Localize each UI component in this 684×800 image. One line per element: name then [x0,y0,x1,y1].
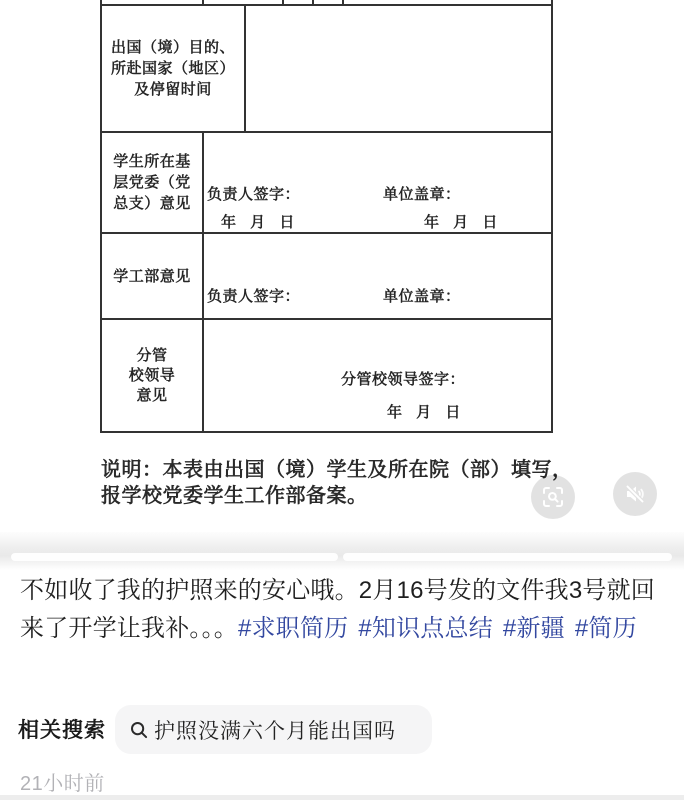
visual-search-icon [541,485,565,509]
cell-student-affairs-text: 学工部意见 [113,266,191,287]
related-search-query: 护照没满六个月能出国吗 [154,715,396,745]
label-responsible-sign-1: 负责人签字： [207,183,300,204]
table-border-bottom [100,431,553,433]
media-progress-strip [0,532,684,570]
caption-hashtags: #求职简历#知识点总结#新疆#简历 [238,615,647,642]
label-unit-seal-1: 单位盖章： [383,183,461,204]
cell-purpose-header: 出国（境）目的、所赴国家（地区）及停留时间 [102,6,244,131]
table-divider-row1 [244,4,246,133]
label-date-1: 年 月 日 [221,211,295,232]
label-leader-sign: 分管校领导签字： [341,368,465,389]
post-caption: 不如收了我的护照来的安心哦。2月16号发的文件我3号就回来了开学让我补。。。#求… [20,572,668,648]
cell-school-leader-line1: 分管 [136,346,167,366]
post-timestamp: 21小时前 [20,767,105,796]
search-icon [129,720,149,740]
hashtag-link[interactable]: #新疆 [503,615,565,642]
post-media-document-photo[interactable]: 出国（境）目的、所赴国家（地区）及停留时间 学生所在基层党委（党总支）意见 负责… [0,0,684,532]
hashtag-link[interactable]: #知识点总结 [358,615,493,642]
cell-school-leader-line2: 校领导 [129,366,176,386]
progress-segment-2 [343,553,672,561]
hashtag-link[interactable]: #简历 [575,615,637,642]
mute-button[interactable] [613,472,657,516]
cell-school-leader-line3: 意见 [136,386,167,406]
cell-party-committee-header: 学生所在基层党委（党总支）意见 [102,133,202,232]
related-search-pill[interactable]: 护照没满六个月能出国吗 [115,705,432,754]
table-divider-rows [202,131,204,433]
post-detail-page: 出国（境）目的、所赴国家（地区）及停留时间 学生所在基层党委（党总支）意见 负责… [0,0,684,800]
document-note: 说明：本表由出国（境）学生及所在院（部）填写，报学校党委学生工作部备案。 [101,457,579,509]
mute-icon [623,482,647,506]
related-search-label: 相关搜索 [18,714,106,744]
cell-school-leader-header: 分管 校领导 意见 [102,320,202,431]
label-unit-seal-2: 单位盖章： [383,285,461,306]
label-date-2: 年 月 日 [424,211,498,232]
label-responsible-sign-2: 负责人签字： [207,285,300,306]
visual-search-button[interactable] [531,475,575,519]
hashtag-link[interactable]: #求职简历 [238,615,348,642]
section-divider [0,795,684,800]
cell-party-committee-text: 学生所在基层党委（党总支）意见 [106,151,198,214]
cell-purpose-text: 出国（境）目的、所赴国家（地区）及停留时间 [105,37,241,100]
table-border-right [551,0,553,433]
cell-student-affairs-header: 学工部意见 [102,234,202,318]
label-date-3: 年 月 日 [387,401,461,422]
progress-segment-1 [11,553,338,561]
